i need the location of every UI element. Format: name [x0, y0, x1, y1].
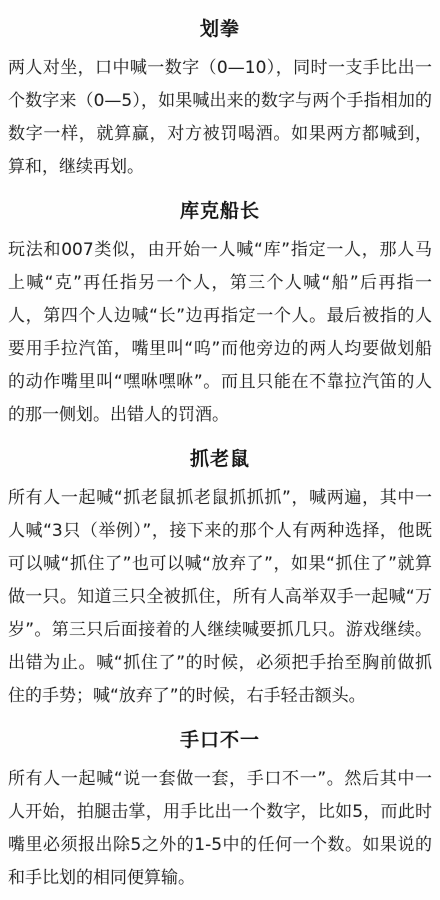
section-title: 库克船长 — [8, 200, 432, 222]
section-kuke-chuanzhang: 库克船长 玩法和007类似，由开始一人喊“库”指定一人，那人马上喊“克”再任指另… — [8, 200, 432, 432]
section-paragraph: 所有人一起喊“说一套做一套，手口不一”。然后其中一人开始，拍腿击掌，用手比出一个… — [8, 763, 432, 895]
section-paragraph: 所有人一起喊“抓老鼠抓老鼠抓抓抓”，喊两遍，其中一人喊“3只（举例）”，接下来的… — [8, 482, 432, 713]
section-title: 划拳 — [8, 18, 432, 40]
section-title: 抓老鼠 — [8, 448, 432, 470]
section-title: 手口不一 — [8, 729, 432, 751]
section-shoukou-buyi: 手口不一 所有人一起喊“说一套做一套，手口不一”。然后其中一人开始，拍腿击掌，用… — [8, 729, 432, 895]
section-paragraph: 两人对坐，口中喊一数字（0—10），同时一支手比出一个数字来（0—5），如果喊出… — [8, 52, 432, 184]
section-paragraph: 玩法和007类似，由开始一人喊“库”指定一人，那人马上喊“克”再任指另一个人，第… — [8, 234, 432, 432]
section-zhualaoshu: 抓老鼠 所有人一起喊“抓老鼠抓老鼠抓抓抓”，喊两遍，其中一人喊“3只（举例）”，… — [8, 448, 432, 713]
section-huaquan: 划拳 两人对坐，口中喊一数字（0—10），同时一支手比出一个数字来（0—5），如… — [8, 18, 432, 184]
document-page: 划拳 两人对坐，口中喊一数字（0—10），同时一支手比出一个数字来（0—5），如… — [0, 0, 440, 900]
